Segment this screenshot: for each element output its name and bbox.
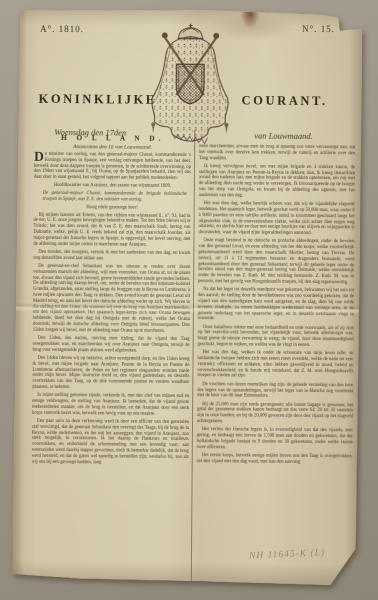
newspaper-paragraph: De vruchten van dezen roemrijken dag zij… xyxy=(197,382,353,401)
pencil-annotation: NH 11645-K (L) xyxy=(249,548,325,561)
left-column: H O L L A N D. Amsterdam den 16 van Louw… xyxy=(31,134,191,577)
masthead-number: N°. 15. xyxy=(302,24,335,34)
newspaper-paragraph: heen marcheerden, alwaar men de brug al … xyxy=(199,144,355,163)
newspaper-paragraph: Hoog edele gestrenge heer! xyxy=(34,205,191,212)
newspaper-paragraph: Het was dien dag, welke heerlijk schoon … xyxy=(198,201,354,237)
newspaper-paragraph: De minister van oorlog, van den generaal… xyxy=(34,152,191,182)
newspaper-paragraph: Het verlies der fransche legers is, in e… xyxy=(197,427,353,451)
newspaper-paragraph: De generaal-majoor Chassé, kommanderende… xyxy=(34,191,191,204)
paper-surface: A°. 1810. N°. 15. xyxy=(11,8,364,587)
newspaper-paragraph: Bij mijnen laatsten uit Toledo, van den … xyxy=(33,212,190,248)
newspaper-paragraph: Een paar uren na deze verkenning werd ik… xyxy=(32,419,189,467)
city-dateline: Amsterdam den 16 van Louwmaand. xyxy=(34,143,191,150)
section-heading-holland: H O L L A N D. xyxy=(34,134,191,143)
masthead-title-left: KONINKLIJKE xyxy=(38,92,156,108)
newspaper-sheet: A°. 1810. N°. 15. xyxy=(11,8,364,587)
masthead-title-right: COURANT. xyxy=(241,93,327,109)
masthead-year: A°. 1810. xyxy=(40,24,84,34)
drop-cap: D xyxy=(34,152,45,163)
newspaper-paragraph: In mijne stelling gekomen zijnde, verken… xyxy=(32,393,189,417)
newspaper-paragraph: Hoofdkwartier van Aranjuez, den zesten v… xyxy=(34,183,191,190)
newspaper-paragraph: Onze bataillons rukten met eene bedaardh… xyxy=(198,325,354,349)
column-rule xyxy=(191,130,196,581)
newspaper-paragraph: Bij de 25,000 man zijn reeds gevangenen;… xyxy=(197,402,353,426)
left-column-paragraphs: De minister van oorlog, van den generaal… xyxy=(32,152,191,467)
newspaper-paragraph: Het eerste korps, hetwelk eenige mijlen … xyxy=(197,453,353,466)
newspaper-paragraph: De generaal-en-chef Sebastiani was ten u… xyxy=(33,264,191,335)
scan-background: A°. 1810. N°. 15. xyxy=(0,0,378,600)
dateline-month: van Louwmaand. xyxy=(254,131,313,141)
newspaper-paragraph: Den 13den, des nachts, ontving men tijdi… xyxy=(33,336,190,355)
newspaper-paragraph: Den tienden, des morgens, vertrok ik met… xyxy=(33,250,190,263)
newspaper-paragraph: Na dat het leger tot deszelfs standpunt … xyxy=(198,287,354,323)
newspaper-paragraph: Het was den dag, welken ik onder de scho… xyxy=(197,350,353,380)
newspaper-paragraph: Den 14den bleven wij op hetzelve, achter… xyxy=(32,356,189,392)
right-column-paragraphs: heen marcheerden, alwaar men de brug al … xyxy=(197,144,356,466)
newspaper-paragraph: Ik kreeg vervolgens bevel, om met mijne … xyxy=(199,164,355,200)
newspaper-paragraph: Onze magt bestond in de duitsche en pool… xyxy=(198,239,354,287)
right-column: heen marcheerden, alwaar men de brug al … xyxy=(196,144,355,555)
